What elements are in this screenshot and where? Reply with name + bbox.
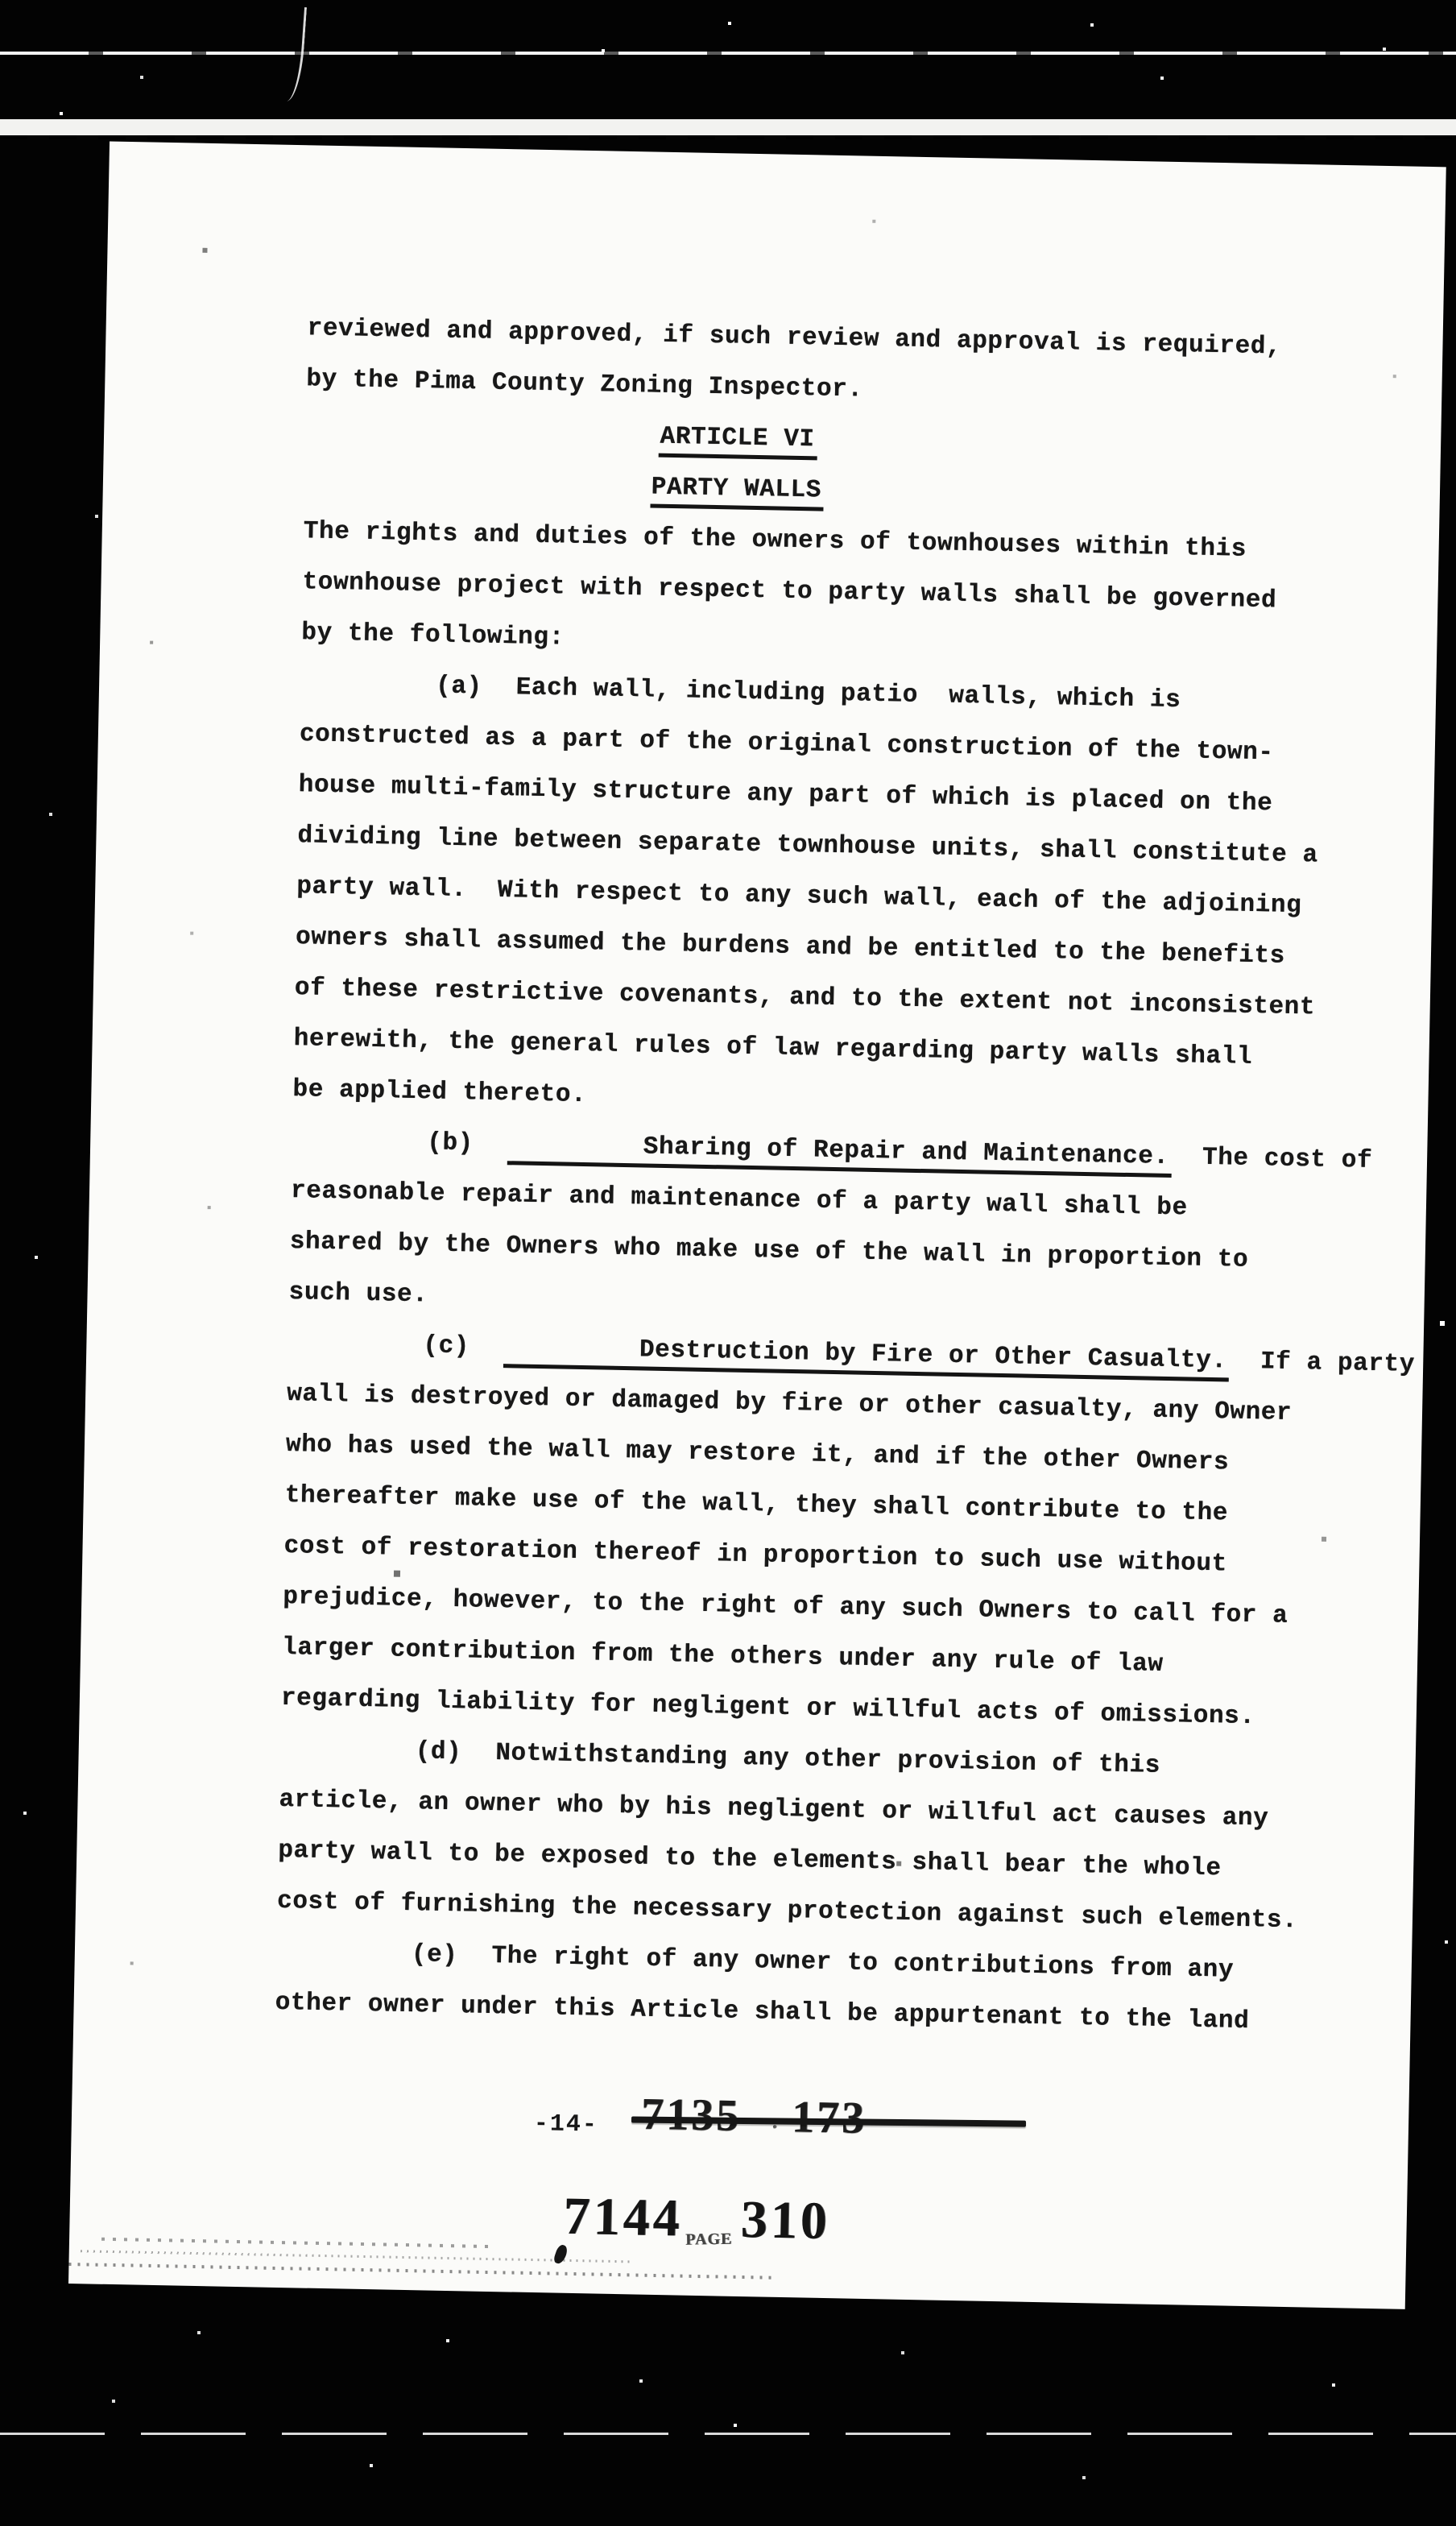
- scan-artifact-squiggle: [277, 6, 307, 102]
- scan-artifact-line-bottom: [0, 2433, 1456, 2435]
- tab-spacer: [482, 693, 516, 694]
- item-e-label: (e): [412, 1940, 458, 1969]
- article-subheading-text: PARTY WALLS: [650, 471, 824, 511]
- document-body: reviewed and approved, if such review an…: [73, 141, 1446, 2049]
- old-stamp-book: 7135: [641, 2089, 742, 2141]
- article-heading-text: ARTICLE VI: [659, 421, 817, 461]
- scan-artifact-line-top: [0, 52, 1456, 55]
- item-c-text: If a party: [1229, 1347, 1415, 1378]
- document-page: reviewed and approved, if such review an…: [68, 141, 1446, 2309]
- page-number: -14-: [534, 2108, 599, 2142]
- tab-spacer: [469, 1352, 503, 1353]
- item-e-text: The right of any owner to contributions …: [491, 1942, 1234, 1985]
- scan-artifact-band: [0, 119, 1456, 135]
- tab-spacer: [474, 1149, 507, 1150]
- item-c-label: (c): [423, 1331, 469, 1360]
- scan-noise-dots: [0, 0, 2, 2]
- item-b-label: (b): [427, 1128, 474, 1157]
- item-d-text: Notwithstanding any other provision of t…: [495, 1739, 1160, 1780]
- item-a-text: Each wall, including patio walls, which …: [515, 673, 1181, 714]
- tab-spacer: [457, 1961, 491, 1962]
- item-b-text: The cost of: [1171, 1143, 1372, 1175]
- paper-noise-specks: [110, 141, 111, 143]
- item-d-label: (d): [415, 1737, 461, 1766]
- tab-spacer: [461, 1758, 495, 1759]
- item-a-label: (a): [436, 672, 482, 701]
- item-b-heading: Sharing of Repair and Maintenance.: [507, 1128, 1172, 1178]
